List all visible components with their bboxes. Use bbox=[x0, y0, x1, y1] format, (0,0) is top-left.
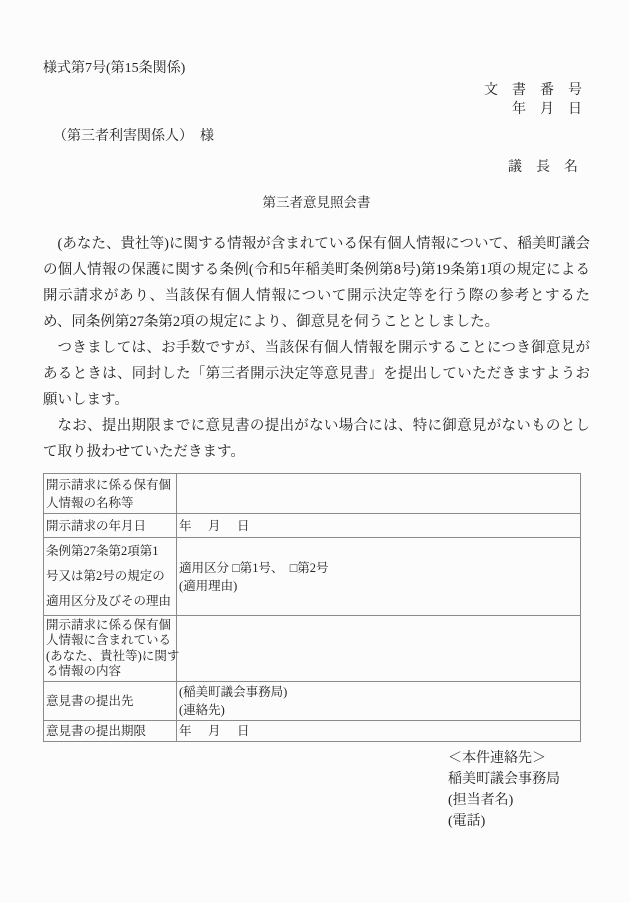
value-submission-dest: (稲美町議会事務局) (連絡先) bbox=[177, 682, 581, 721]
table-row-submission-dest: 意見書の提出先 (稲美町議会事務局) (連絡先) bbox=[44, 682, 581, 721]
document-page: 様式第7号(第15条関係) 文 書 番 号 年 月 日 （第三者利害関係人） 様… bbox=[0, 0, 630, 903]
label-submission-dest: 意見書の提出先 bbox=[44, 682, 177, 721]
table-row-info-content: 開示請求に係る保有個 人情報に含まれている (あなた、貴社等)に関す る情報の内… bbox=[44, 616, 581, 682]
label-info-content: 開示請求に係る保有個 人情報に含まれている (あなた、貴社等)に関す る情報の内… bbox=[44, 616, 177, 682]
paragraph-request-notice: (あなた、貴社等)に関する情報が含まれている保有個人情報について、稲美町議会の個… bbox=[43, 231, 590, 335]
form-number: 様式第7号(第15条関係) bbox=[43, 60, 590, 77]
submission-dest-office: (稲美町議会事務局) bbox=[179, 683, 578, 701]
contact-footer: ＜本件連絡先＞ 稲美町議会事務局 (担当者名) (電話) bbox=[448, 748, 590, 832]
label-submission-deadline: 意見書の提出期限 bbox=[44, 721, 177, 742]
application-category-line: 適用区分 □第1号、 □第2号 bbox=[179, 559, 578, 577]
checkbox-no1-icon: □ bbox=[232, 561, 240, 575]
submission-dest-contact: (連絡先) bbox=[179, 701, 578, 719]
paragraph-opinion-request: つきましては、お手数ですが、当該保有個人情報を開示することにつき御意見があるとき… bbox=[43, 335, 590, 413]
contact-footer-title: ＜本件連絡先＞ bbox=[448, 748, 590, 769]
application-category-label: 適用区分 bbox=[179, 561, 232, 575]
table-row-submission-deadline: 意見書の提出期限 年 月 日 bbox=[44, 721, 581, 742]
label-info-name: 開示請求に係る保有個 人情報の名称等 bbox=[44, 474, 177, 514]
table-row-clause-category: 条例第27条第2項第1 号又は第2号の規定の 適用区分及びその理由 適用区分 □… bbox=[44, 538, 581, 616]
value-request-date: 年 月 日 bbox=[177, 514, 581, 538]
table-row-request-date: 開示請求の年月日 年 月 日 bbox=[44, 514, 581, 538]
value-info-name-empty bbox=[177, 474, 581, 514]
document-title: 第三者意見照会書 bbox=[43, 195, 590, 211]
value-info-content-empty bbox=[177, 616, 581, 682]
document-number-placeholder: 文 書 番 号 bbox=[43, 81, 582, 100]
inquiry-form-table: 開示請求に係る保有個 人情報の名称等 開示請求の年月日 年 月 日 条例第27条… bbox=[43, 473, 581, 742]
document-header-right: 文 書 番 号 年 月 日 bbox=[43, 81, 590, 119]
checkbox-no2-label: 第2号 bbox=[297, 561, 328, 575]
body-text: (あなた、貴社等)に関する情報が含まれている保有個人情報について、稲美町議会の個… bbox=[43, 231, 590, 465]
contact-footer-office: 稲美町議会事務局 bbox=[448, 769, 590, 790]
document-date-placeholder: 年 月 日 bbox=[43, 100, 582, 119]
checkbox-no1-label: 第1号、 bbox=[240, 561, 290, 575]
paragraph-deadline-note: なお、提出期限までに意見書の提出がない場合には、特に御意見がないものとして取り扱… bbox=[43, 413, 590, 465]
label-request-date: 開示請求の年月日 bbox=[44, 514, 177, 538]
application-reason-label: (適用理由) bbox=[179, 577, 578, 595]
value-submission-deadline: 年 月 日 bbox=[177, 721, 581, 742]
label-clause-category: 条例第27条第2項第1 号又は第2号の規定の 適用区分及びその理由 bbox=[44, 538, 177, 616]
addressee-line: （第三者利害関係人） 様 bbox=[43, 129, 590, 144]
sender-signature-line: 議 長 名 bbox=[43, 160, 590, 175]
contact-footer-person: (担当者名) bbox=[448, 790, 590, 811]
value-clause-category: 適用区分 □第1号、 □第2号 (適用理由) bbox=[177, 538, 581, 616]
contact-footer-phone: (電話) bbox=[448, 811, 590, 832]
table-row-info-name: 開示請求に係る保有個 人情報の名称等 bbox=[44, 474, 581, 514]
